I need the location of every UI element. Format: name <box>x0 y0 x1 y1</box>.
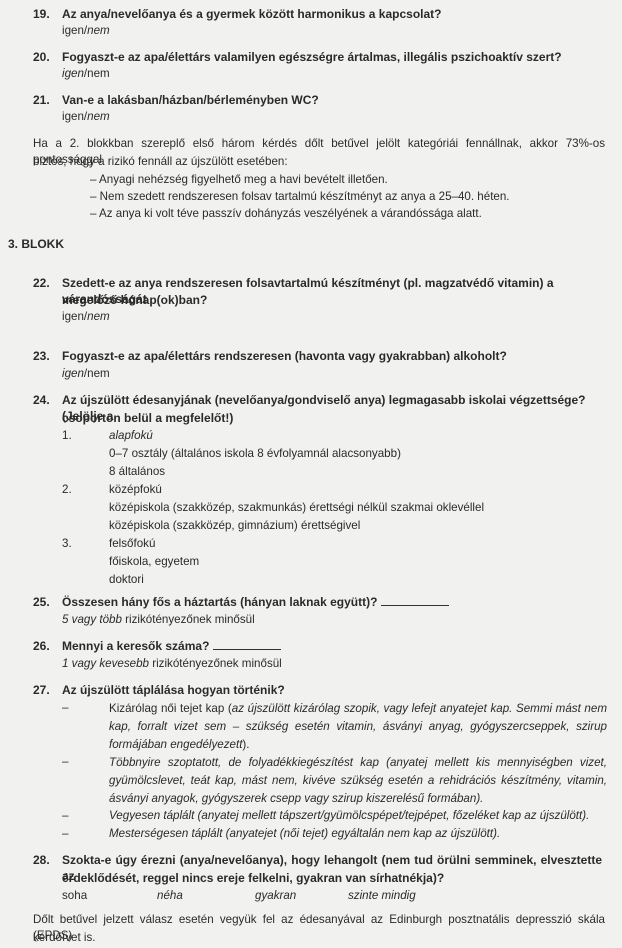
education-suboption[interactable]: középiskola (szakközép, gimnázium) érett… <box>109 518 360 534</box>
earners-count-field[interactable] <box>213 639 281 650</box>
dash-bullet: – <box>62 754 68 770</box>
answer-often[interactable]: gyakran <box>255 888 296 904</box>
education-suboption[interactable]: 8 általános <box>109 464 165 480</box>
household-size-field[interactable] <box>381 595 449 606</box>
question-28-text-line-2: érdeklődését, reggel nincs ereje felkeln… <box>62 870 602 886</box>
risk-threshold: 1 vagy kevesebb <box>62 657 149 670</box>
answer-yes[interactable]: igen <box>62 367 84 380</box>
answer-no[interactable]: nem <box>87 367 110 380</box>
answer-no[interactable]: nem <box>87 310 110 323</box>
risk-note: rizikótényezőnek minősül <box>122 613 255 626</box>
question-24-number: 24. <box>33 392 50 408</box>
question-25-label: Összesen hány fős a háztartás (hányan la… <box>62 595 377 609</box>
education-option-primary[interactable]: alapfokú <box>109 428 153 444</box>
question-19-answers: igen/nem <box>62 23 110 39</box>
question-26-text: Mennyi a keresők száma? <box>62 638 602 654</box>
question-28-number: 28. <box>33 852 50 868</box>
dash-bullet: – <box>62 808 68 824</box>
question-19-number: 19. <box>33 6 50 22</box>
question-21-answers: igen/nem <box>62 109 110 125</box>
question-26-number: 26. <box>33 638 50 654</box>
risk-bullet: – Az anya ki volt téve passzív dohányzás… <box>90 206 482 222</box>
risk-bullet: – Nem szedett rendszeresen folsav tartal… <box>90 189 510 205</box>
risk-threshold: 5 vagy több <box>62 613 122 626</box>
question-22-text-line-2: megelőző hónap(ok)ban? <box>62 292 602 308</box>
education-option-number: 3. <box>62 536 72 552</box>
education-option-tertiary[interactable]: felsőfokú <box>109 536 155 552</box>
question-25-text: Összesen hány fős a háztartás (hányan la… <box>62 594 602 610</box>
risk-note-line-2: biztos, hogy a rizikó fennáll az újszülö… <box>33 154 605 170</box>
answer-almost-always[interactable]: szinte mindig <box>348 888 416 904</box>
education-suboption[interactable]: 0–7 osztály (általános iskola 8 évfolyam… <box>109 446 401 462</box>
dash-bullet: – <box>62 700 68 716</box>
question-20-answers: igen/nem <box>62 66 110 82</box>
question-21-text: Van-e a lakásban/házban/bérleményben WC? <box>62 92 602 108</box>
risk-note: rizikótényezőnek minősül <box>149 657 282 670</box>
answer-yes[interactable]: igen <box>62 24 84 37</box>
question-27-number: 27. <box>33 682 50 698</box>
feeding-option-formula[interactable]: Mesterségesen táplált (anyatejet (női te… <box>109 826 607 842</box>
question-25-number: 25. <box>33 594 50 610</box>
answer-no[interactable]: nem <box>87 67 110 80</box>
question-24-text-line-2: csoporton belül a megfelelőt!) <box>62 410 602 426</box>
risk-bullet: – Anyagi nehézség figyelhető meg a havi … <box>90 172 388 188</box>
feeding-option-label: Kizárólag női tejet kap ( <box>109 702 232 715</box>
dash-bullet: – <box>62 826 68 842</box>
answer-never[interactable]: soha <box>62 888 87 904</box>
question-21-number: 21. <box>33 92 50 108</box>
feeding-option-mostly-breastfed[interactable]: Többnyire szoptatott, de folyadékkiegész… <box>109 754 607 808</box>
answer-no[interactable]: nem <box>87 24 110 37</box>
question-27-text: Az újszülött táplálása hogyan történik? <box>62 682 602 698</box>
question-20-number: 20. <box>33 49 50 65</box>
education-option-number: 2. <box>62 482 72 498</box>
answer-yes[interactable]: igen <box>62 67 84 80</box>
question-25-note: 5 vagy több rizikótényezőnek minősül <box>62 612 255 628</box>
question-22-answers: igen/nem <box>62 309 110 325</box>
question-22-number: 22. <box>33 275 50 291</box>
question-23-number: 23. <box>33 348 50 364</box>
answer-yes[interactable]: igen <box>62 110 84 123</box>
answer-no[interactable]: nem <box>87 110 110 123</box>
education-suboption[interactable]: középiskola (szakközép, szakmunkás) éret… <box>109 500 484 516</box>
feeding-option-exclusive[interactable]: Kizárólag női tejet kap (az újszülött ki… <box>109 700 607 754</box>
question-20-text: Fogyaszt-e az apa/élettárs valamilyen eg… <box>62 49 602 65</box>
education-option-number: 1. <box>62 428 72 444</box>
question-19-text: Az anya/nevelőanya és a gyermek között h… <box>62 6 602 22</box>
education-suboption[interactable]: doktori <box>109 572 144 588</box>
block-3-heading: 3. BLOKK <box>8 236 64 252</box>
answer-sometimes[interactable]: néha <box>157 888 183 904</box>
feeding-option-mixed[interactable]: Vegyesen táplált (anyatej mellett tápsze… <box>109 808 607 824</box>
question-23-text: Fogyaszt-e az apa/élettárs rendszeresen … <box>62 348 602 364</box>
feeding-option-end: ). <box>242 738 249 751</box>
question-23-answers: igen/nem <box>62 366 110 382</box>
question-26-label: Mennyi a keresők száma? <box>62 639 209 653</box>
epds-note-line-2: kérdőívet is. <box>33 930 605 946</box>
education-suboption[interactable]: főiskola, egyetem <box>109 554 199 570</box>
answer-yes[interactable]: igen <box>62 310 84 323</box>
question-26-note: 1 vagy kevesebb rizikótényezőnek minősül <box>62 656 282 672</box>
education-option-secondary[interactable]: középfokú <box>109 482 162 498</box>
